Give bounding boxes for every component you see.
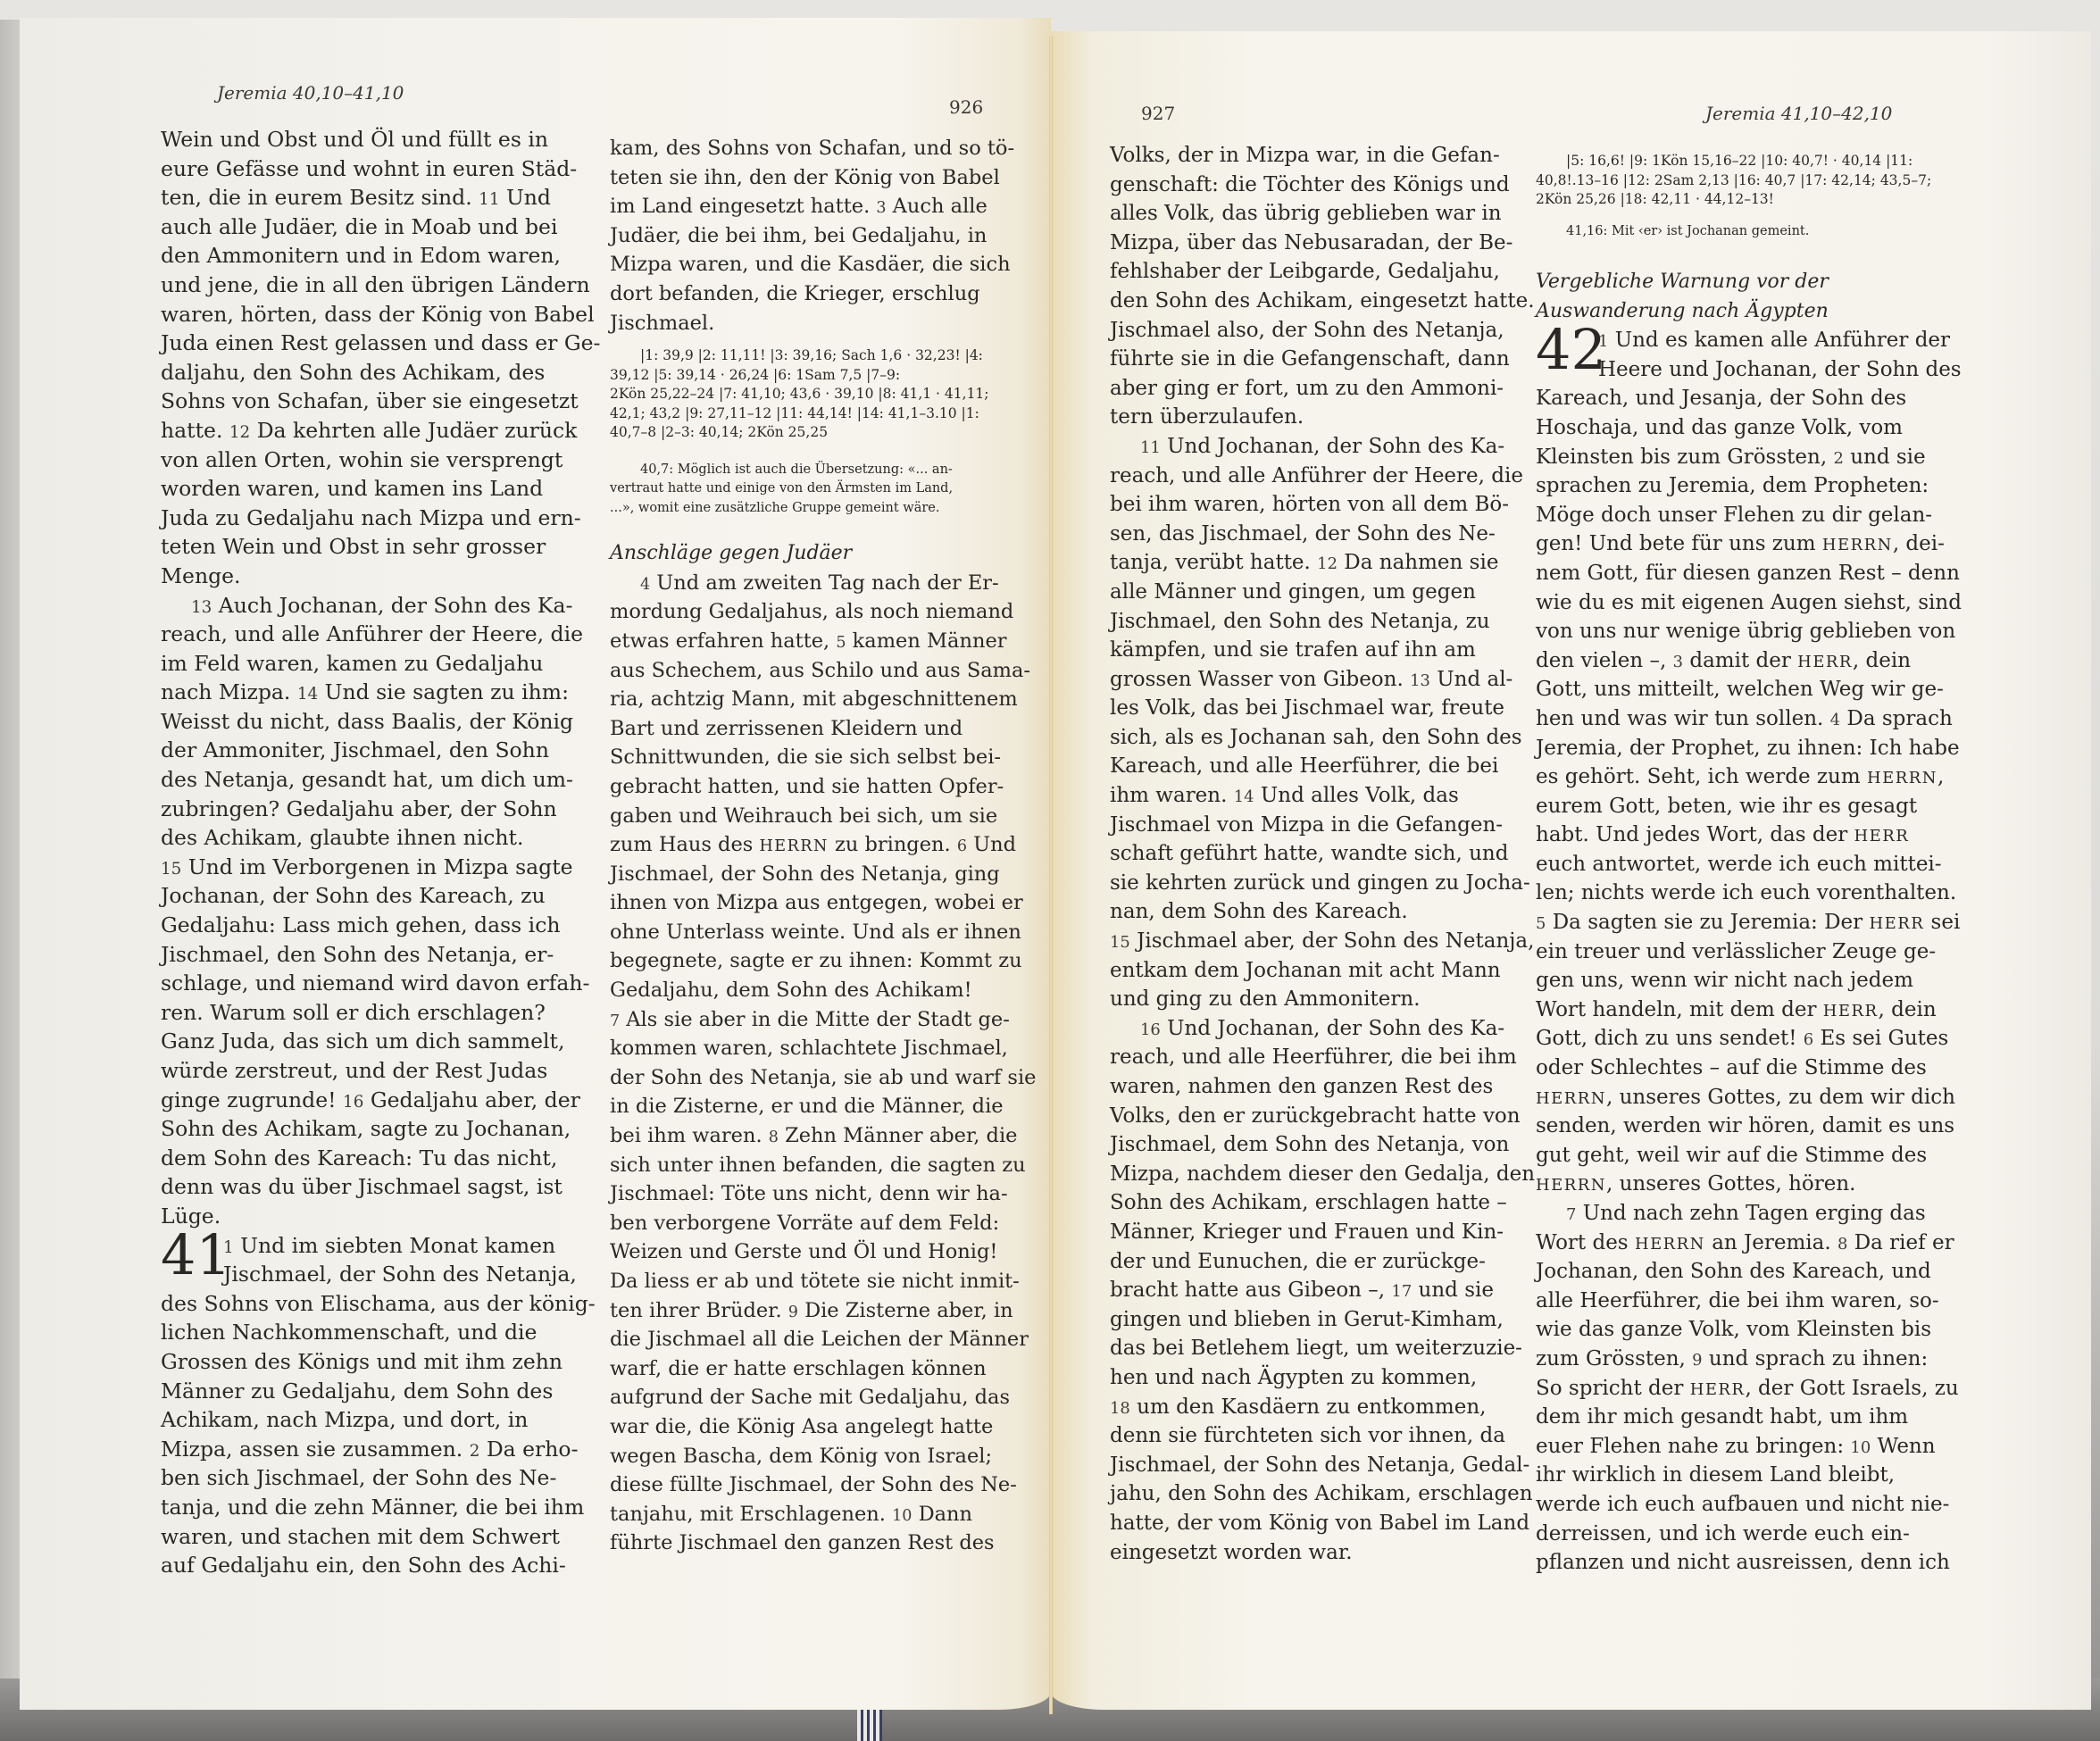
text-line: zum Grössten, 9 und sprach zu ihnen:: [1536, 1345, 1962, 1374]
text-line: ren. Warum soll er dich erschlagen?: [161, 998, 601, 1028]
running-head-left: Jeremia 40,10–41,10: [217, 82, 404, 104]
text-line: von allen Orten, wohin sie versprengt: [161, 446, 601, 475]
text-line: lichen Nachkommenschaft, und die: [161, 1318, 601, 1347]
text-line: gut geht, weil wir auf die Stimme des: [1536, 1141, 1962, 1170]
text-line: Jischmael also, der Sohn des Netanja,: [1110, 316, 1535, 346]
chapter-start-42: 42 1 Und es kamen alle Anführer derHeere…: [1536, 326, 1962, 384]
text-line: Jochanan, den Sohn des Kareach, und: [1536, 1257, 1962, 1287]
text-line: den vielen –, 3 damit der HERR, dein: [1536, 646, 1962, 676]
text-line: tanja, und die zehn Männer, die bei ihm: [161, 1493, 601, 1522]
text-line: worden waren, und kamen ins Land: [161, 474, 601, 504]
note-line: ...», womit eine zusätzliche Gruppe geme…: [610, 499, 1036, 519]
text-line: führte Jischmael den ganzen Rest des: [610, 1529, 1036, 1558]
note-line: |1: 39,9 |2: 11,11! |3: 39,16; Sach 1,6 …: [610, 346, 1036, 366]
text-line: im Feld waren, kamen zu Gedaljahu: [161, 649, 601, 679]
text-line: eure Gefässe und wohnt in euren Städ-: [161, 154, 601, 184]
text-line: 7 Als sie aber in die Mitte der Stadt ge…: [610, 1005, 1036, 1035]
text-line: hen und nach Ägypten zu kommen,: [1110, 1363, 1535, 1393]
text-line: Menge.: [161, 562, 601, 591]
text-line: reach, und alle Anführer der Heere, die: [161, 620, 601, 649]
text-line: diese füllte Jischmael, der Sohn des Ne-: [610, 1470, 1036, 1500]
text-line: 11 Und Jochanan, der Sohn des Ka-: [1110, 432, 1535, 462]
text-line: nach Mizpa. 14 Und sie sagten zu ihm:: [161, 678, 601, 707]
text-line: So spricht der HERR, der Gott Israels, z…: [1536, 1374, 1962, 1404]
text-line: bracht hatte aus Gibeon –, 17 und sie: [1110, 1276, 1535, 1305]
text-line: Kareach, und Jesanja, der Sohn des: [1536, 384, 1962, 413]
text-line: waren, und stachen mit dem Schwert: [161, 1522, 601, 1552]
text-line: Bart und zerrissenen Kleidern und: [610, 714, 1036, 744]
section-heading-line: Vergebliche Warnung vor der: [1536, 268, 1962, 297]
note-line: 40,7–8 |2–3: 40,14; 2Kön 25,25: [610, 423, 1036, 443]
text-line: schaft geführt hatte, wandte sich, und: [1110, 839, 1535, 869]
text-line: Jeremia, der Prophet, zu ihnen: Ich habe: [1536, 734, 1962, 763]
text-line: ben verborgene Vorräte auf dem Feld:: [610, 1209, 1036, 1238]
text-line: Möge doch unser Flehen zu dir gelan-: [1536, 501, 1962, 530]
page-number-left: 926: [949, 96, 983, 118]
text-line: teten Wein und Obst in sehr grosser: [161, 532, 601, 562]
text-line: teten sie ihn, den der König von Babel: [610, 163, 1036, 193]
text-line: war die, die König Asa angelegt hatte: [610, 1412, 1036, 1442]
text-line: Jischmael, dem Sohn des Netanja, von: [1110, 1130, 1535, 1160]
cross-references: |1: 39,9 |2: 11,11! |3: 39,16; Sach 1,6 …: [610, 346, 1036, 443]
text-line: und ging zu den Ammonitern.: [1110, 985, 1535, 1014]
text-line: euer Flehen nahe zu bringen: 10 Wenn: [1536, 1432, 1962, 1462]
text-line: gingen und blieben in Gerut-Kimham,: [1110, 1305, 1535, 1335]
text-line: es gehört. Seht, ich werde zum HERRN,: [1536, 762, 1962, 792]
text-line: Mizpa waren, und die Kasdäer, die sich: [610, 250, 1036, 279]
text-line: hatte. 12 Da kehrten alle Judäer zurück: [161, 416, 601, 446]
footnote: 40,7: Möglich ist auch die Übersetzung: …: [610, 461, 1036, 519]
text-line: Weizen und Gerste und Öl und Honig!: [610, 1237, 1036, 1267]
text-line: Jischmael von Mizpa in die Gefangen-: [1110, 811, 1535, 840]
section-heading: Anschläge gegen Judäer: [610, 539, 1036, 569]
text-block: 7 Und nach zehn Tagen erging dasWort des…: [1536, 1199, 1962, 1578]
text-line: Kareach, und alle Heerführer, die bei: [1110, 752, 1535, 781]
text-line: waren, nahmen den ganzen Rest des: [1110, 1072, 1535, 1102]
text-block: kam, des Sohns von Schafan, und so tö-te…: [610, 134, 1036, 337]
text-block: des Sohns von Elischama, aus der könig-l…: [161, 1289, 601, 1580]
note-line: 41,16: Mit ‹er› ist Jochanan gemeint.: [1536, 222, 1962, 242]
text-line: Gott, uns mitteilt, welchen Weg wir ge-: [1536, 675, 1962, 704]
text-line: Mizpa, nachdem dieser den Gedalja, den: [1110, 1160, 1535, 1189]
text-line: ria, achtzig Mann, mit abgeschnittenem: [610, 685, 1036, 714]
text-line: gen uns, wenn wir nicht nach jedem: [1536, 966, 1962, 995]
text-block: Kareach, und Jesanja, der Sohn desHoscha…: [1536, 384, 1962, 1199]
text-line: das bei Betlehem liegt, um weiterzuzie-: [1110, 1334, 1535, 1363]
text-line: senden, werden wir hören, damit es uns: [1536, 1112, 1962, 1141]
text-line: ihnen von Mizpa aus entgegen, wobei er: [610, 888, 1036, 918]
text-line: ginge zugrunde! 16 Gedaljahu aber, der: [161, 1086, 601, 1115]
text-line: im Land eingesetzt hatte. 3 Auch alle: [610, 192, 1036, 221]
text-line: Judäer, die bei ihm, bei Gedaljahu, in: [610, 221, 1036, 251]
text-line: Juda einen Rest gelassen und dass er Ge-: [161, 329, 601, 358]
text-line: Jischmael, den Sohn des Netanja, er-: [161, 940, 601, 970]
text-line: grossen Wasser von Gibeon. 13 Und al-: [1110, 665, 1535, 695]
text-line: zum Haus des HERRN zu bringen. 6 Und: [610, 830, 1036, 860]
text-line: waren, hörten, dass der König von Babel: [161, 300, 601, 329]
note-line: 2Kön 25,22–24 |7: 41,10; 43,6 · 39,10 |8…: [610, 385, 1036, 404]
chapter-number: 41: [161, 1228, 231, 1283]
text-line: gaben und Weihrauch bei sich, um sie: [610, 802, 1036, 831]
text-line: führte sie in die Gefangenschaft, dann: [1110, 345, 1535, 374]
text-line: 4 Und am zweiten Tag nach der Er-: [610, 569, 1036, 598]
text-line: genschaft: die Töchter des Königs und: [1110, 171, 1535, 200]
note-line: 40,8!.13–16 |12: 2Sam 2,13 |16: 40,7 |17…: [1536, 171, 1962, 191]
text-line: eurem Gott, beten, wie ihr es gesagt: [1536, 792, 1962, 821]
text-line: habt. Und jedes Wort, das der HERR: [1536, 821, 1962, 850]
text-line: 5 Da sagten sie zu Jeremia: Der HERR sei: [1536, 908, 1962, 937]
text-line: zubringen? Gedaljahu aber, der Sohn: [161, 795, 601, 824]
right-page-column-1: Volks, der in Mizpa war, in die Gefan-ge…: [1110, 141, 1535, 1567]
note-line: |5: 16,6! |9: 1Kön 15,16–22 |10: 40,7! ·…: [1536, 152, 1962, 171]
book-spine: [1049, 36, 1053, 1714]
text-line: ben sich Jischmael, der Sohn des Ne-: [161, 1463, 601, 1493]
text-line: begegnete, sagte er zu ihnen: Kommt zu: [610, 946, 1036, 976]
text-line: von uns nur wenige übrig geblieben von: [1536, 617, 1962, 646]
text-line: Sohns von Schafan, über sie eingesetzt: [161, 387, 601, 416]
text-line: Wort handeln, mit dem der HERR, dein: [1536, 995, 1962, 1025]
text-line: aber ging er fort, um zu den Ammoni-: [1110, 374, 1535, 404]
text-line: des Achikam, glaubte ihnen nicht.: [161, 823, 601, 853]
text-line: ten, die in eurem Besitz sind. 11 Und: [161, 183, 601, 212]
cross-references: |5: 16,6! |9: 1Kön 15,16–22 |10: 40,7! ·…: [1536, 152, 1962, 210]
text-block: Wein und Obst und Öl und füllt es ineure…: [161, 125, 601, 591]
text-block: 16 Und Jochanan, der Sohn des Ka-reach, …: [1110, 1014, 1535, 1567]
text-line: ten ihrer Brüder. 9 Die Zisterne aber, i…: [610, 1296, 1036, 1326]
text-line: reach, und alle Anführer der Heere, die: [1110, 462, 1535, 491]
text-line: Juda zu Gedaljahu nach Mizpa und ern-: [161, 504, 601, 533]
left-page-column-1: Wein und Obst und Öl und füllt es ineure…: [161, 125, 601, 1580]
text-line: ihr wirklich in diesem Land bleibt,: [1536, 1461, 1962, 1490]
text-line: eingesetzt worden war.: [1110, 1538, 1535, 1568]
text-line: Gedaljahu: Lass mich gehen, dass ich: [161, 911, 601, 940]
text-line: Mizpa, über das Nebusaradan, der Be-: [1110, 229, 1535, 258]
text-line: Da liess er ab und tötete sie nicht inmi…: [610, 1267, 1036, 1296]
text-line: etwas erfahren hatte, 5 kamen Männer: [610, 627, 1036, 656]
note-line: 2Kön 25,26 |18: 42,11 · 44,12–13!: [1536, 190, 1962, 210]
text-line: fehlshaber der Leibgarde, Gedaljahu,: [1110, 257, 1535, 287]
text-line: dort befanden, die Krieger, erschlug: [610, 279, 1036, 309]
text-line: sich, als es Jochanan sah, den Sohn des: [1110, 723, 1535, 753]
text-line: sich unter ihnen befanden, die sagten zu: [610, 1151, 1036, 1180]
note-line: vertraut hatte und einige von den Ärmste…: [610, 479, 1036, 499]
text-line: 18 um den Kasdäern zu entkommen,: [1110, 1393, 1535, 1422]
text-line: kam, des Sohns von Schafan, und so tö-: [610, 134, 1036, 163]
note-line: 39,12 |5: 39,14 · 26,24 |6: 1Sam 7,5 |7–…: [610, 366, 1036, 386]
text-line: Weisst du nicht, dass Baalis, der König: [161, 707, 601, 737]
note-line: 42,1; 43,2 |9: 27,11–12 |11: 44,14! |14:…: [610, 404, 1036, 424]
note-line: 40,7: Möglich ist auch die Übersetzung: …: [610, 461, 1036, 480]
running-head-right: Jeremia 41,10–42,10: [1705, 103, 1892, 124]
text-line: jahu, den Sohn des Achikam, erschlagen: [1110, 1479, 1535, 1509]
text-line: alles Volk, das übrig geblieben war in: [1110, 199, 1535, 229]
text-line: derreissen, und ich werde euch ein-: [1536, 1520, 1962, 1549]
text-line: würde zerstreut, und der Rest Judas: [161, 1056, 601, 1086]
text-line: in die Zisterne, er und die Männer, die: [610, 1092, 1036, 1121]
text-line: Schnittwunden, die sie sich selbst bei-: [610, 743, 1036, 772]
text-line: ihm waren. 14 Und alles Volk, das: [1110, 781, 1535, 811]
page-number-right: 927: [1141, 103, 1175, 124]
text-line: sprachen zu Jeremia, dem Propheten:: [1536, 471, 1962, 501]
text-line: len; nichts werde ich euch vorenthalten.: [1536, 879, 1962, 908]
text-line: der Sohn des Netanja, sie ab und warf si…: [610, 1063, 1036, 1093]
text-line: werde ich euch aufbauen und nicht nie-: [1536, 1490, 1962, 1520]
text-line: Männer, Krieger und Frauen und Kin-: [1110, 1218, 1535, 1247]
text-line: nan, dem Sohn des Kareach.: [1110, 897, 1535, 927]
text-line: wie du es mit eigenen Augen siehst, sind: [1536, 588, 1962, 618]
text-line: bei ihm waren, hörten von all dem Bö-: [1110, 490, 1535, 520]
text-line: kämpfen, und sie trafen auf ihn am: [1110, 636, 1535, 665]
text-line: tern überzulaufen.: [1110, 403, 1535, 432]
chapter-start-41: 41 1 Und im siebten Monat kamenJischmael…: [161, 1231, 601, 1289]
text-line: 15 Jischmael aber, der Sohn des Netanja,: [1110, 927, 1535, 956]
text-line: der und Eunuchen, die er zurückge-: [1110, 1247, 1535, 1277]
text-line: 7 Und nach zehn Tagen erging das: [1536, 1199, 1962, 1229]
text-line: tanjahu, mit Erschlagenen. 10 Dann: [610, 1500, 1036, 1529]
text-line: Kleinsten bis zum Grössten, 2 und sie: [1536, 443, 1962, 472]
text-line: Wort des HERRN an Jeremia. 8 Da rief er: [1536, 1229, 1962, 1258]
text-line: sie kehrten zurück und gingen zu Jocha-: [1110, 869, 1535, 898]
text-line: hen und was wir tun sollen. 4 Da sprach: [1536, 704, 1962, 734]
text-line: wegen Bascha, dem König von Israel;: [610, 1442, 1036, 1471]
text-line: den Sohn des Achikam, eingesetzt hatte.: [1110, 287, 1535, 316]
text-block: 4 Und am zweiten Tag nach der Er-mordung…: [610, 569, 1036, 1558]
text-line: euch antwortet, werde ich euch mittei-: [1536, 850, 1962, 879]
text-line: auch alle Judäer, die in Moab und bei: [161, 212, 601, 242]
text-line: 13 Auch Jochanan, der Sohn des Ka-: [161, 591, 601, 621]
text-line: HERRN, unseres Gottes, hören.: [1536, 1170, 1962, 1199]
text-line: Gott, dich zu uns sendet! 6 Es sei Gutes: [1536, 1024, 1962, 1054]
text-line: Wein und Obst und Öl und füllt es in: [161, 125, 601, 154]
text-line: gebracht hatten, und sie hatten Opfer-: [610, 772, 1036, 802]
text-block: Volks, der in Mizpa war, in die Gefan-ge…: [1110, 141, 1535, 432]
text-line: oder Schlechtes – auf die Stimme des: [1536, 1054, 1962, 1083]
text-line: alle Männer und gingen, um gegen: [1110, 578, 1535, 607]
text-line: Jischmael, der Sohn des Netanja, ging: [610, 860, 1036, 889]
text-line: und jene, die in all den übrigen Ländern: [161, 271, 601, 300]
text-line: les Volk, das bei Jischmael war, freute: [1110, 694, 1535, 723]
text-line: Jischmael.: [610, 309, 1036, 338]
text-line: 16 Und Jochanan, der Sohn des Ka-: [1110, 1014, 1535, 1044]
text-line: des Netanja, gesandt hat, um dich um-: [161, 765, 601, 795]
text-line: bei ihm waren. 8 Zehn Männer aber, die: [610, 1121, 1036, 1151]
right-page-column-2: |5: 16,6! |9: 1Kön 15,16–22 |10: 40,7! ·…: [1536, 152, 1962, 1578]
text-line: ein treuer und verlässlicher Zeuge ge-: [1536, 937, 1962, 967]
text-line: nem Gott, für diesen ganzen Rest – denn: [1536, 559, 1962, 588]
text-line: Jochanan, der Sohn des Kareach, zu: [161, 881, 601, 911]
text-line: ohne Unterlass weinte. Und als er ihnen: [610, 918, 1036, 947]
text-line: Jischmael, der Sohn des Netanja, Gedal-: [1110, 1451, 1535, 1480]
text-line: Volks, den er zurückgebracht hatte von: [1110, 1102, 1535, 1131]
text-line: mordung Gedaljahus, als noch niemand: [610, 597, 1036, 627]
text-line: die Jischmael all die Leichen der Männer: [610, 1325, 1036, 1354]
text-line: hatte, der vom König von Babel im Land: [1110, 1509, 1535, 1538]
left-page-column-2: kam, des Sohns von Schafan, und so tö-te…: [610, 134, 1036, 1558]
text-line: Männer zu Gedaljahu, dem Sohn des: [161, 1377, 601, 1406]
text-line: des Sohns von Elischama, aus der könig-: [161, 1289, 601, 1319]
text-line: aus Schechem, aus Schilo und aus Sama-: [610, 656, 1036, 686]
text-block: 13 Auch Jochanan, der Sohn des Ka-reach,…: [161, 591, 601, 1231]
text-line: Hoschaja, und das ganze Volk, vom: [1536, 413, 1962, 443]
chapter-number: 42: [1536, 322, 1606, 378]
text-line: entkam dem Jochanan mit acht Mann: [1110, 956, 1535, 986]
text-line: Gedaljahu, dem Sohn des Achikam!: [610, 976, 1036, 1005]
text-line: Jischmael, den Sohn des Netanja, zu: [1110, 607, 1535, 637]
text-line: aufgrund der Sache mit Gedaljahu, das: [610, 1383, 1036, 1412]
text-line: schlage, und niemand wird davon erfah-: [161, 969, 601, 998]
text-line: HERRN, unseres Gottes, zu dem wir dich: [1536, 1083, 1962, 1112]
text-line: dem ihr mich gesandt habt, um ihm: [1536, 1403, 1962, 1432]
text-line: sen, das Jischmael, der Sohn des Ne-: [1110, 520, 1535, 549]
footnote: 41,16: Mit ‹er› ist Jochanan gemeint.: [1536, 222, 1962, 242]
text-line: alle Heerführer, die bei ihm waren, so-: [1536, 1287, 1962, 1316]
text-line: kommen waren, schlachtete Jischmael,: [610, 1034, 1036, 1063]
text-line: Grossen des Königs und mit ihm zehn: [161, 1347, 601, 1377]
text-line: 15 Und im Verborgenen in Mizpa sagte: [161, 853, 601, 882]
text-line: Jischmael: Töte uns nicht, denn wir ha-: [610, 1179, 1036, 1209]
text-line: Achikam, nach Mizpa, und dort, in: [161, 1405, 601, 1435]
text-line: denn was du über Jischmael sagst, ist: [161, 1172, 601, 1202]
text-line: tanja, verübt hatte. 12 Da nahmen sie: [1110, 548, 1535, 578]
text-line: Ganz Juda, das sich um dich sammelt,: [161, 1027, 601, 1056]
text-line: daljahu, den Sohn des Achikam, des: [161, 358, 601, 387]
text-line: den Ammonitern und in Edom waren,: [161, 241, 601, 271]
text-line: dem Sohn des Kareach: Tu das nicht,: [161, 1144, 601, 1173]
text-line: pflanzen und nicht ausreissen, denn ich: [1536, 1548, 1962, 1578]
text-line: der Ammoniter, Jischmael, den Sohn: [161, 736, 601, 765]
text-line: Volks, der in Mizpa war, in die Gefan-: [1110, 141, 1535, 171]
text-line: Sohn des Achikam, sagte zu Jochanan,: [161, 1114, 601, 1144]
text-block: 11 Und Jochanan, der Sohn des Ka-reach, …: [1110, 432, 1535, 1014]
text-line: auf Gedaljahu ein, den Sohn des Achi-: [161, 1551, 601, 1580]
text-line: warf, die er hatte erschlagen können: [610, 1354, 1036, 1384]
text-line: gen! Und bete für uns zum HERRN, dei-: [1536, 529, 1962, 559]
text-line: Sohn des Achikam, erschlagen hatte –: [1110, 1188, 1535, 1218]
text-line: denn sie fürchteten sich vor ihnen, da: [1110, 1421, 1535, 1451]
text-line: reach, und alle Heerführer, die bei ihm: [1110, 1043, 1535, 1072]
text-line: Mizpa, assen sie zusammen. 2 Da erho-: [161, 1435, 601, 1464]
text-line: wie das ganze Volk, vom Kleinsten bis: [1536, 1315, 1962, 1345]
